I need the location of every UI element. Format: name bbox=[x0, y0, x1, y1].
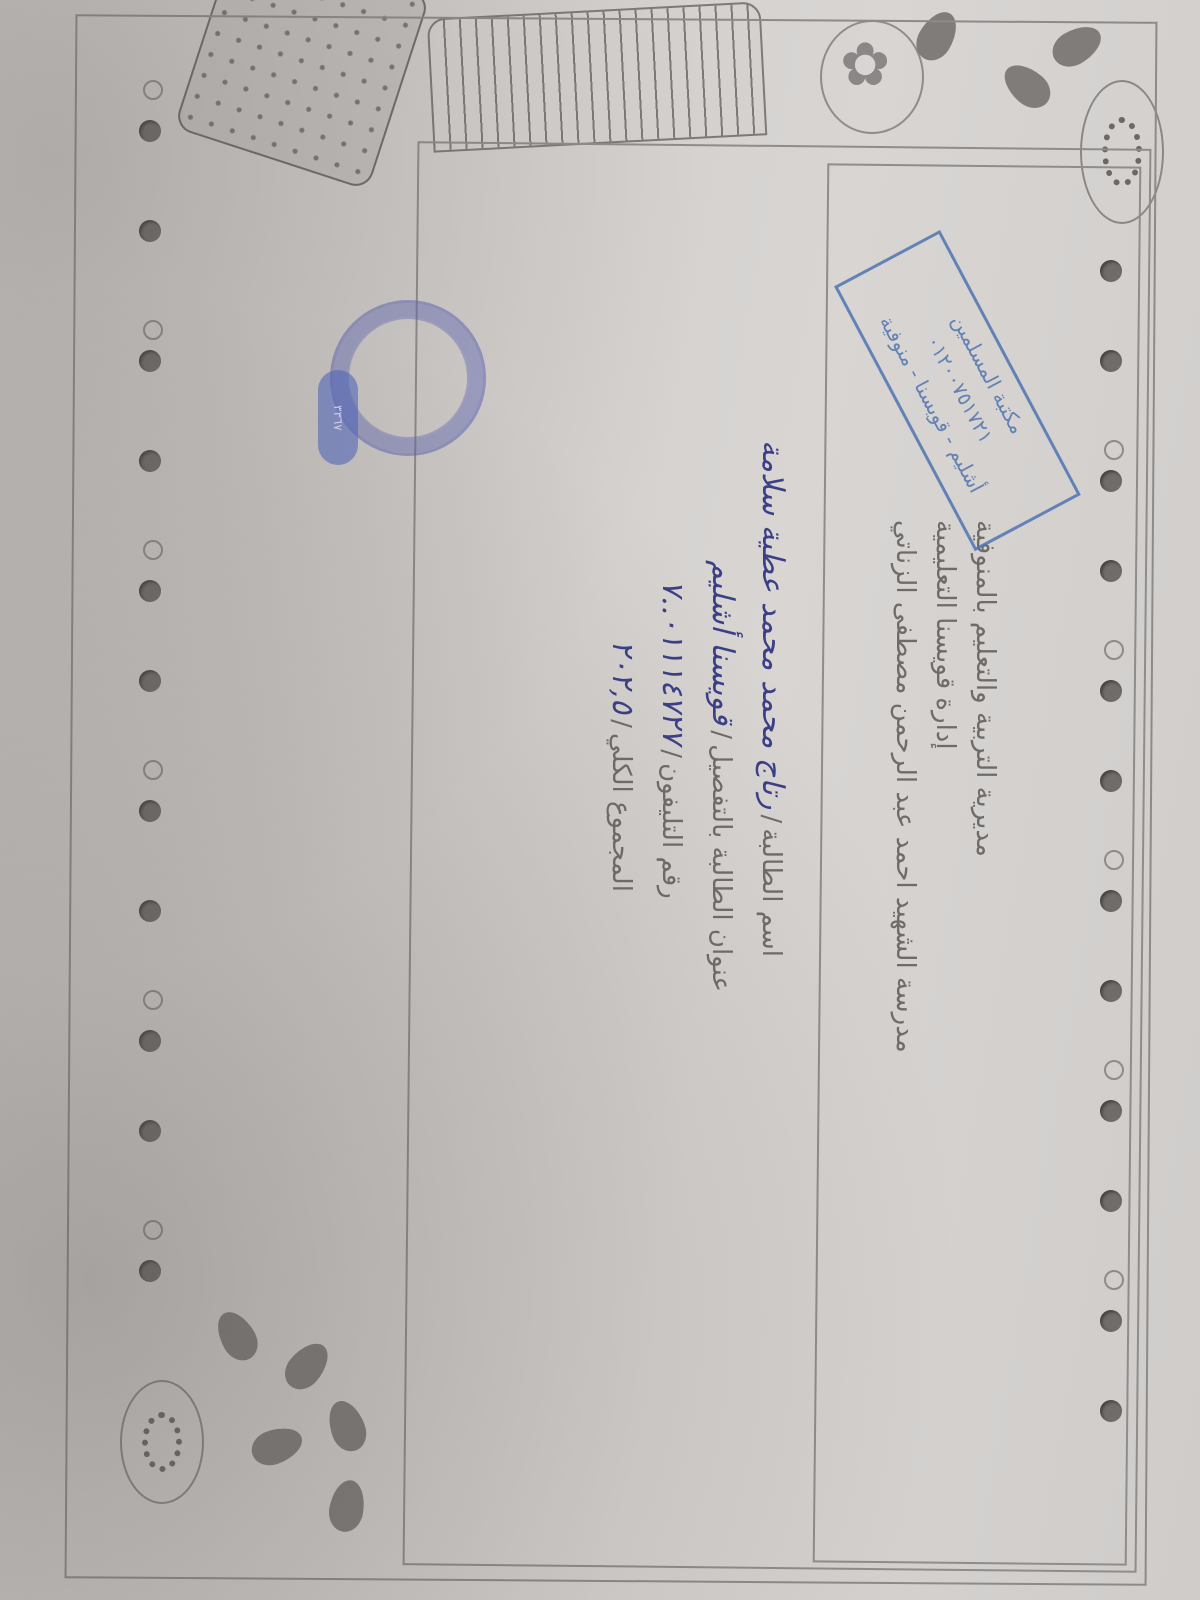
hole-icon bbox=[143, 1220, 163, 1240]
hole-icon bbox=[143, 760, 163, 780]
field-separator: / bbox=[606, 719, 636, 728]
field-address: عنوان الطالبة بالتفصيل / قويسنا أشليم bbox=[705, 560, 740, 992]
field-separator: / bbox=[656, 749, 686, 758]
hole-icon bbox=[139, 120, 161, 142]
field-value-student-name: رتاج محمد محمد عطية سلامة bbox=[755, 440, 790, 809]
hole-icon bbox=[139, 800, 161, 822]
field-phone: رقم التليفون / ٠١١١٤٧٢٧..٧ bbox=[655, 580, 690, 899]
seal-number-badge: ٣٣٦٧ bbox=[318, 370, 358, 465]
field-student-name: اسم الطالبة / رتاج محمد محمد عطية سلامة bbox=[755, 440, 790, 957]
field-label: اسم الطالبة bbox=[756, 828, 786, 957]
hole-icon bbox=[139, 450, 161, 472]
hole-icon bbox=[139, 1120, 161, 1142]
hole-icon bbox=[143, 320, 163, 340]
header-school-name: مدرسة الشهيد احمد عبد الرحمن مصطفى الزنا… bbox=[890, 520, 920, 1053]
hole-icon bbox=[139, 350, 161, 372]
hole-icon bbox=[139, 580, 161, 602]
hole-icon bbox=[139, 900, 161, 922]
field-label: رقم التليفون bbox=[656, 763, 686, 899]
field-value-total: ٢٠٢,٥ bbox=[605, 640, 640, 714]
field-total-score: المجموع الكلي / ٢٠٢,٥ bbox=[605, 640, 640, 892]
hole-icon bbox=[143, 990, 163, 1010]
header-directorate: مديرية التربية والتعليم بالمنوفية bbox=[970, 520, 1000, 857]
hole-icon bbox=[139, 1260, 161, 1282]
field-label: عنوان الطالبة بالتفصيل bbox=[706, 744, 736, 992]
field-separator: / bbox=[706, 730, 736, 739]
binder-holes-left bbox=[135, 80, 175, 1580]
field-separator: / bbox=[756, 814, 786, 823]
hole-icon bbox=[139, 670, 161, 692]
field-label: المجموع الكلي bbox=[606, 733, 636, 892]
hole-icon bbox=[143, 80, 163, 100]
field-value-address: قويسنا أشليم bbox=[705, 560, 740, 725]
header-administration: إدارة قويسنا التعليمية bbox=[930, 520, 960, 750]
hole-icon bbox=[139, 220, 161, 242]
hole-icon bbox=[143, 540, 163, 560]
hole-icon bbox=[139, 1030, 161, 1052]
field-value-phone: ٠١١١٤٧٢٧..٧ bbox=[655, 580, 690, 744]
